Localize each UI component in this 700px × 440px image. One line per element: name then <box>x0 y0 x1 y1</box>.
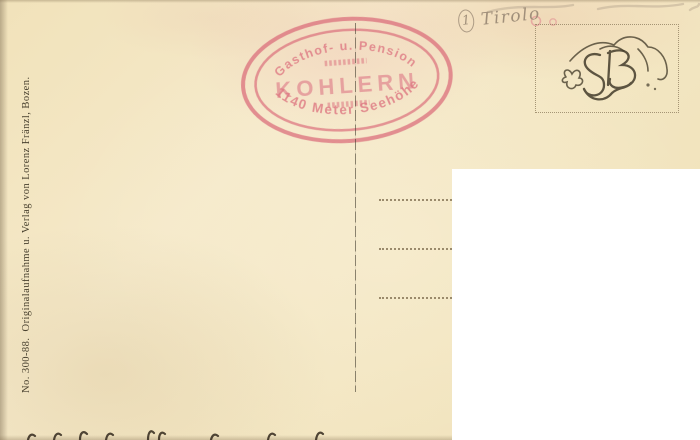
cutoff-handwriting-strokes <box>8 426 348 440</box>
postage-stamp-box <box>535 24 679 113</box>
stamp-divider-bar-top <box>325 61 367 64</box>
white-overlay-rectangle <box>452 169 700 440</box>
rubber-stamp: Gasthof- u. Pension KOHLERN 1140 Meter S… <box>232 6 463 157</box>
publisher-imprint: No. 300-88. Originalaufnahme u. Verlag v… <box>21 23 32 393</box>
postcard-back: No. 300-88. Originalaufnahme u. Verlag v… <box>0 0 700 440</box>
card-left-edge-shadow <box>0 0 8 440</box>
message-address-divider-line <box>355 23 356 392</box>
handwritten-place-name: Tirolo <box>480 3 542 29</box>
monogram-sketch <box>536 25 680 114</box>
circled-number: 1 <box>457 9 475 34</box>
